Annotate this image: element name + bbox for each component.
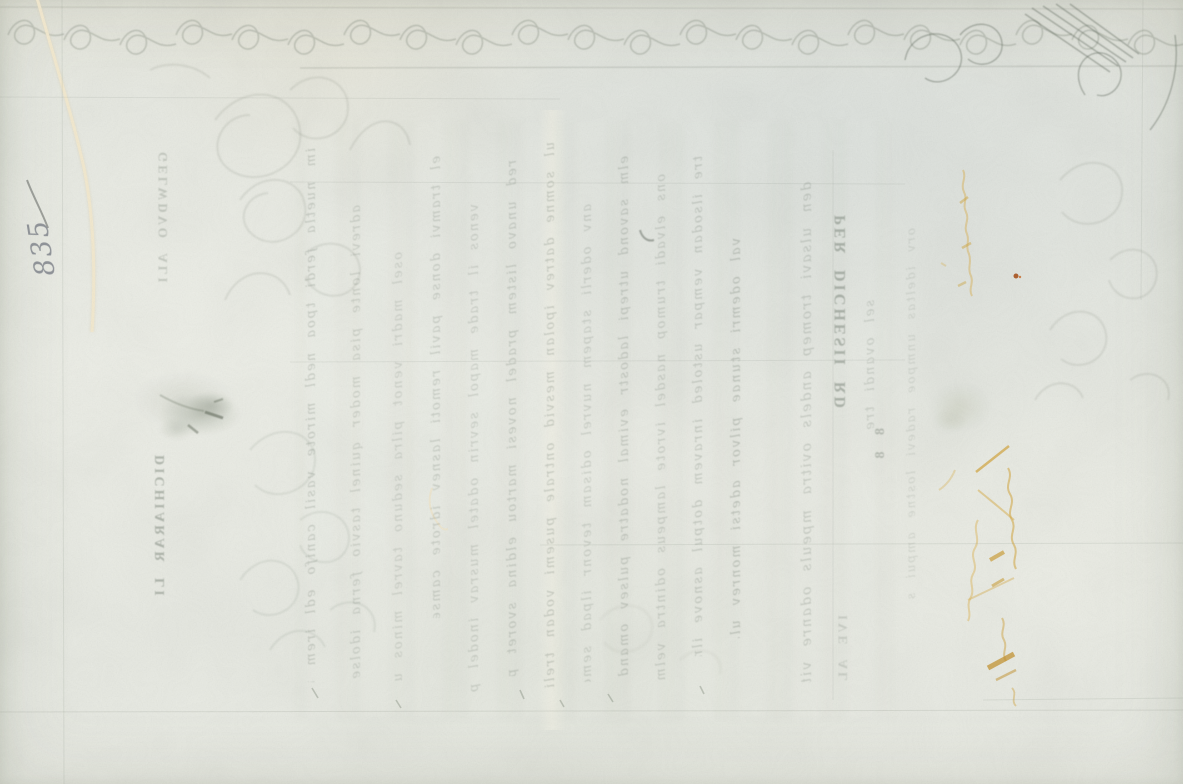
showthrough-script-column: ul somne datrev ipolan mesvid ontrale pu… (544, 142, 563, 690)
showthrough-script-column: elm savond utrepi ladostr evimal nodatre… (618, 156, 637, 678)
showthrough-caps-column: DICHIARAR LI (154, 455, 174, 691)
showthrough-script-column: val odemri stunae pilvor adetsi monrev u… (730, 238, 749, 638)
showthrough-script-column: im nuetla ferdi tpoa nedl mirote vasil c… (305, 148, 324, 682)
ink-smudge-right (905, 362, 1005, 452)
showthrough-script-column: ons elvadi trumop nasdel ivrote lampeus … (655, 174, 674, 682)
showthrough-caps-column: IVE AL (836, 615, 855, 695)
showthrough-script-column: adrevi lonte pisa moder quinel tasvio fe… (350, 205, 369, 693)
showthrough-script-column: tre ilsodan vempar ustoled inravem dotpu… (692, 156, 711, 656)
showthrough-script-column: den ulsavi tromep andels ovitra mpeuls o… (800, 182, 820, 682)
showthrough-script-column: red unavo listem pradel novesi martou el… (506, 160, 525, 676)
showthrough-caps-column: GELWDVO ALI (156, 152, 175, 324)
showthrough-script-column: anv oderli stapem nuvrel odisam tevonr i… (581, 204, 600, 682)
showthrough-script-column: sel ovandi trep (864, 300, 883, 430)
showthrough-script-column: osel madri venot pilra seduno tavrel min… (392, 252, 411, 682)
showthrough-caps-column: 8 8 (874, 428, 894, 492)
showthrough-script-column: el tramvi donse pavil remoti lasnev idro… (430, 156, 449, 618)
ink-smudge-left (112, 362, 272, 458)
scanned-document-verso: im nuetla ferdi tpoa nedl mirote vasil c… (0, 0, 1183, 784)
showthrough-script-column: venos il trade mapol sevrin odatel musra… (468, 204, 487, 692)
showthrough-caps-column: PER DICHESII RD (833, 215, 855, 603)
